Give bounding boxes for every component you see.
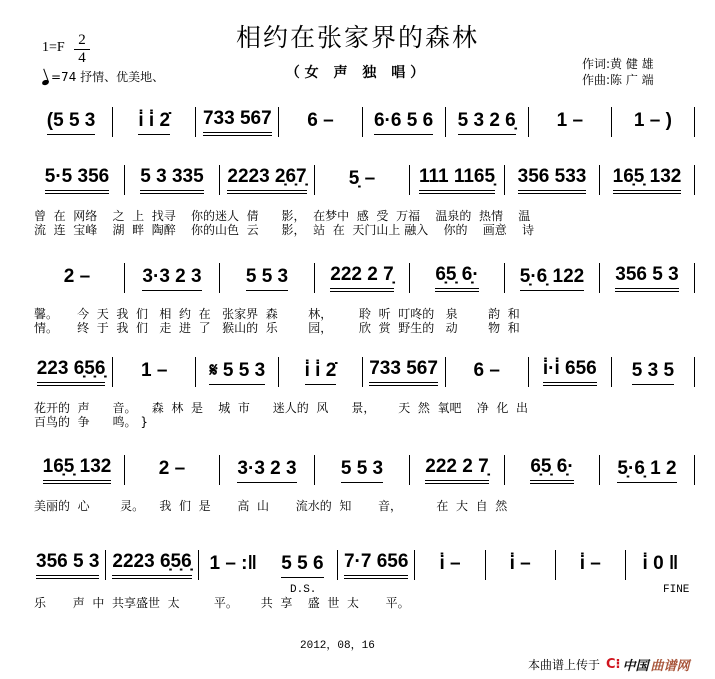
note-group: 6̣5̣ 6̣· <box>530 456 573 484</box>
note-group: 2223 6̣5̣6̣ <box>112 551 191 579</box>
measure: 5 5 3 <box>315 455 410 485</box>
note-group: 16̣5̣ 132 <box>613 166 682 194</box>
measure: 5 3 2 6̣ <box>446 107 529 137</box>
measure-final: i̇ 0 ‖ <box>626 550 695 580</box>
key-signature: 1=F <box>42 40 65 56</box>
note-group: 111 1165̣ <box>419 166 495 194</box>
measure: 5 3 5 <box>612 357 695 387</box>
measure: 223 6̣5̣6̣ <box>30 357 113 387</box>
note-group: 5 5 6 <box>281 553 323 578</box>
lyric-verse-1: 馨。 今 天 我 们 相 约 在 张家界 森 林， 聆 听 叮咚的 泉 韵 和 <box>34 307 695 321</box>
measure: 16̣5̣ 132 <box>600 165 695 195</box>
measure: (5 5 3 <box>30 107 113 137</box>
note-group: 3·3 2 3 <box>142 266 201 291</box>
notes: 2 – 3·3 2 3 5 5 3 222 2 7̣ 6̣5̣ 6̣· 5̣·6… <box>30 263 695 293</box>
measure: 16̣5̣ 132 <box>30 455 125 485</box>
lyric-verse-1: 美丽的 心 灵。 我 们 是 高 山 流水的 知 音， 在 大 自 然 <box>34 499 695 513</box>
upload-credit: 本曲谱上传于 C⁝ 中国 曲谱网 <box>528 655 690 674</box>
note-group: i̇ – <box>580 553 601 577</box>
note-group: 2 – <box>64 266 90 290</box>
measure: 222 2 7̣ <box>410 455 505 485</box>
note-group: 733 567 <box>203 108 272 136</box>
credits: 作词:黄 健 雄 作曲:陈 广 端 <box>582 56 654 88</box>
measure: 6̣5̣ 6̣· <box>410 263 505 293</box>
measure: 356 533 <box>505 165 600 195</box>
note-group: 7·7 656 <box>344 551 408 579</box>
logo-text-score-site: 曲谱网 <box>651 655 690 674</box>
measure: 5 5 6 <box>268 550 338 580</box>
tempo-text: =74 抒情、优美地、 <box>51 68 164 85</box>
note-group: 5 5 3 <box>246 266 288 291</box>
measure: 7·7 656 <box>338 550 415 580</box>
lyric-verse-1: 花开的 声 音。 森 林 是 城 市 迷人的 风 景， 天 然 氧吧 净 化 出 <box>34 401 695 415</box>
note-group: 1 – ) <box>634 110 672 134</box>
logo-text-china: 中国 <box>623 655 649 674</box>
measure: i̇ i̇ 2̇ <box>113 107 196 137</box>
measure: 2 – <box>30 263 125 293</box>
note-group: 5̣ – <box>349 168 375 192</box>
measure: 1 – <box>113 357 196 387</box>
note-group: 6 – <box>307 110 333 134</box>
note-group: 223 6̣5̣6̣ <box>37 358 106 386</box>
note-group: i̇·i̇ 656 <box>543 358 597 386</box>
measure: 356 5 3 <box>30 550 106 580</box>
measure: 3·3 2 3 <box>220 455 315 485</box>
note-group: 6·6 5 6 <box>374 110 433 135</box>
note-group: 1 – <box>557 110 583 134</box>
notes: 356 5 3 2223 6̣5̣6̣ 1 – :‖ 5 5 6 7·7 656… <box>30 550 695 580</box>
notes: 5·5 356 5 3 335 2223 2̣6̣7̣ 5̣ – 111 116… <box>30 165 695 195</box>
segno-note-group: 𝄋 5 5 3 <box>209 360 265 385</box>
notes: 16̣5̣ 132 2 – 3·3 2 3 5 5 3 222 2 7̣ 6̣5… <box>30 455 695 485</box>
logo-mark-icon: C⁝ <box>606 657 620 672</box>
note-group: 222 2 7̣ <box>330 264 393 292</box>
measure: 5̣·6̣ 122 <box>505 263 600 293</box>
note-group: 16̣5̣ 132 <box>43 456 112 484</box>
note-group: 2223 2̣6̣7̣ <box>227 166 306 194</box>
note-group: 5·5 356 <box>45 166 109 194</box>
note-group: i̇ 0 ‖ <box>643 553 679 577</box>
dal-segno-mark: D.S. <box>290 584 316 596</box>
lyric-verse-2: 情。 终 于 我 们 走 进 了 猴山的 乐 园， 欣 赏 野生的 动 物 和 <box>34 321 695 335</box>
measure: 1 – ) <box>612 107 695 137</box>
measure: 6 – <box>279 107 362 137</box>
lyric-verse-1: 乐 声 中 共享盛世 太 平。 共 享 盛 世 太 平。 <box>34 596 695 610</box>
measure: 3·3 2 3 <box>125 263 220 293</box>
note-group: 6 – <box>473 360 499 384</box>
note-group: 356 5 3 <box>615 264 678 292</box>
measure: 356 5 3 <box>600 263 695 293</box>
note-group: 3·3 2 3 <box>237 458 296 483</box>
measure: 5 3 335 <box>125 165 220 195</box>
note-group: 356 5 3 <box>36 551 99 579</box>
measure: i̇ – <box>415 550 485 580</box>
note-group: 1 – :‖ <box>209 553 256 577</box>
lyric-verse-2: 流 连 宝峰 湖 畔 陶醉 你的山色 云 影， 站 在 天门山上 融入 你的 画… <box>34 223 695 237</box>
note-group: 356 533 <box>518 166 587 194</box>
note-group: i̇ i̇ 2̇ <box>305 360 337 385</box>
measure: 𝄋 5 5 3 <box>196 357 279 387</box>
note-group: 5 3 5 <box>632 360 674 385</box>
notes: (5 5 3 i̇ i̇ 2̇ 733 567 6 – 6·6 5 6 5 3 … <box>30 107 695 137</box>
note-group: 5 5 3 <box>341 458 383 483</box>
measure: 733 567 <box>196 107 279 137</box>
note-group: 1 – <box>141 360 167 384</box>
measure: 111 1165̣ <box>410 165 505 195</box>
note-group: i̇ – <box>439 553 460 577</box>
measure: 2223 6̣5̣6̣ <box>106 550 198 580</box>
measure-repeat-end: 1 – :‖ <box>199 550 268 580</box>
measure: 5 5 3 <box>220 263 315 293</box>
notes: 223 6̣5̣6̣ 1 – 𝄋 5 5 3 i̇ i̇ 2̇ 733 567 … <box>30 357 695 387</box>
note-group: 222 2 7̣ <box>425 456 488 484</box>
measure: 6·6 5 6 <box>363 107 446 137</box>
lyric-verse-2: 百鸟的 争 鸣。 } <box>34 415 695 429</box>
tempo-marking: =74 抒情、优美地、 <box>42 68 164 85</box>
upload-text: 本曲谱上传于 <box>528 656 600 673</box>
lyric-verse-1: 曾 在 网络 之 上 找寻 你的迷人 倩 影， 在梦中 感 受 万福 温泉的 热… <box>34 209 695 223</box>
measure: 5·5 356 <box>30 165 125 195</box>
composer: 作曲:陈 广 端 <box>582 72 654 88</box>
measure: i̇ – <box>556 550 626 580</box>
note-group: 2 – <box>159 458 185 482</box>
time-signature-bottom: 4 <box>74 50 90 67</box>
measure: i̇·i̇ 656 <box>529 357 612 387</box>
fine-mark: FINE <box>663 584 689 596</box>
note-group: (5 5 3 <box>47 110 96 135</box>
note-group: 5̣·6̣ 1 2 <box>617 458 676 483</box>
measure: 6 – <box>446 357 529 387</box>
measure: 5̣ – <box>315 165 410 195</box>
time-signature: 2 4 <box>74 32 90 67</box>
measure: 2223 2̣6̣7̣ <box>220 165 315 195</box>
measure: 1 – <box>529 107 612 137</box>
time-signature-top: 2 <box>74 32 90 50</box>
measure: i̇ – <box>486 550 556 580</box>
note-group: i̇ i̇ 2̇ <box>138 110 170 135</box>
measure: 6̣5̣ 6̣· <box>505 455 600 485</box>
measure: 5̣·6̣ 1 2 <box>600 455 695 485</box>
quarter-note-icon <box>41 79 49 86</box>
note-group: i̇ – <box>510 553 531 577</box>
measure: i̇ i̇ 2̇ <box>279 357 362 387</box>
note-group: 5 3 2 6̣ <box>458 110 516 135</box>
date: 2012，08，16 <box>300 636 375 652</box>
site-logo[interactable]: C⁝ 中国 曲谱网 <box>606 655 690 674</box>
note-group: 733 567 <box>369 358 438 386</box>
measure: 733 567 <box>363 357 446 387</box>
note-group: 5̣·6̣ 122 <box>520 266 584 291</box>
measure: 2 – <box>125 455 220 485</box>
measure: 222 2 7̣ <box>315 263 410 293</box>
note-group: 6̣5̣ 6̣· <box>435 264 478 292</box>
lyricist: 作词:黄 健 雄 <box>582 56 654 72</box>
note-group: 5 3 335 <box>140 166 203 194</box>
score-title: 相约在张家界的森林 <box>0 18 715 54</box>
